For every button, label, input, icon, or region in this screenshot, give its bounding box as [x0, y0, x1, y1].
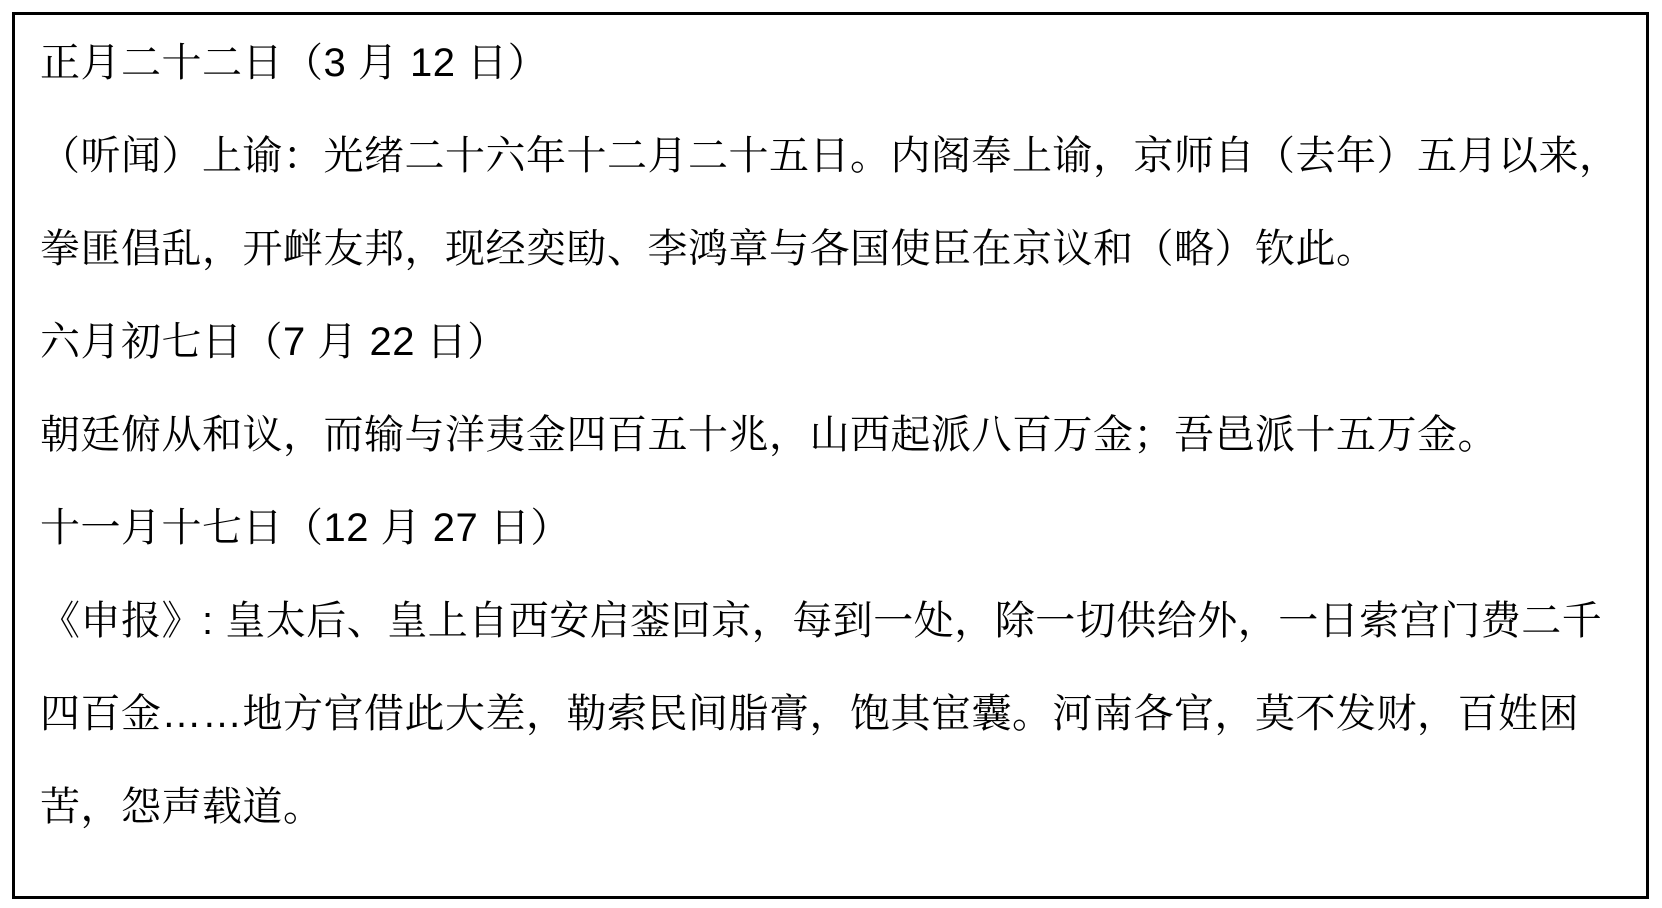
document-page: 正月二十二日（3 月 12 日） （听闻）上谕：光绪二十六年十二月二十五日。内阁…: [0, 0, 1662, 908]
entry-date: 十一月十七日（12 月 27 日）: [40, 482, 1621, 575]
entry-body: 朝廷俯从和议，而输与洋夷金四百五十兆，山西起派八百万金；吾邑派十五万金。: [40, 389, 1621, 482]
entry-body: 《申报》: 皇太后、皇上自西安启銮回京，每到一处，除一切供给外，一日索宫门费二千…: [40, 575, 1621, 854]
document-frame: 正月二十二日（3 月 12 日） （听闻）上谕：光绪二十六年十二月二十五日。内阁…: [12, 12, 1649, 899]
entry-date: 六月初七日（7 月 22 日）: [40, 296, 1621, 389]
entry-body: （听闻）上谕：光绪二十六年十二月二十五日。内阁奉上谕，京师自（去年）五月以来，拳…: [40, 110, 1621, 296]
entry-date: 正月二十二日（3 月 12 日）: [40, 17, 1621, 110]
